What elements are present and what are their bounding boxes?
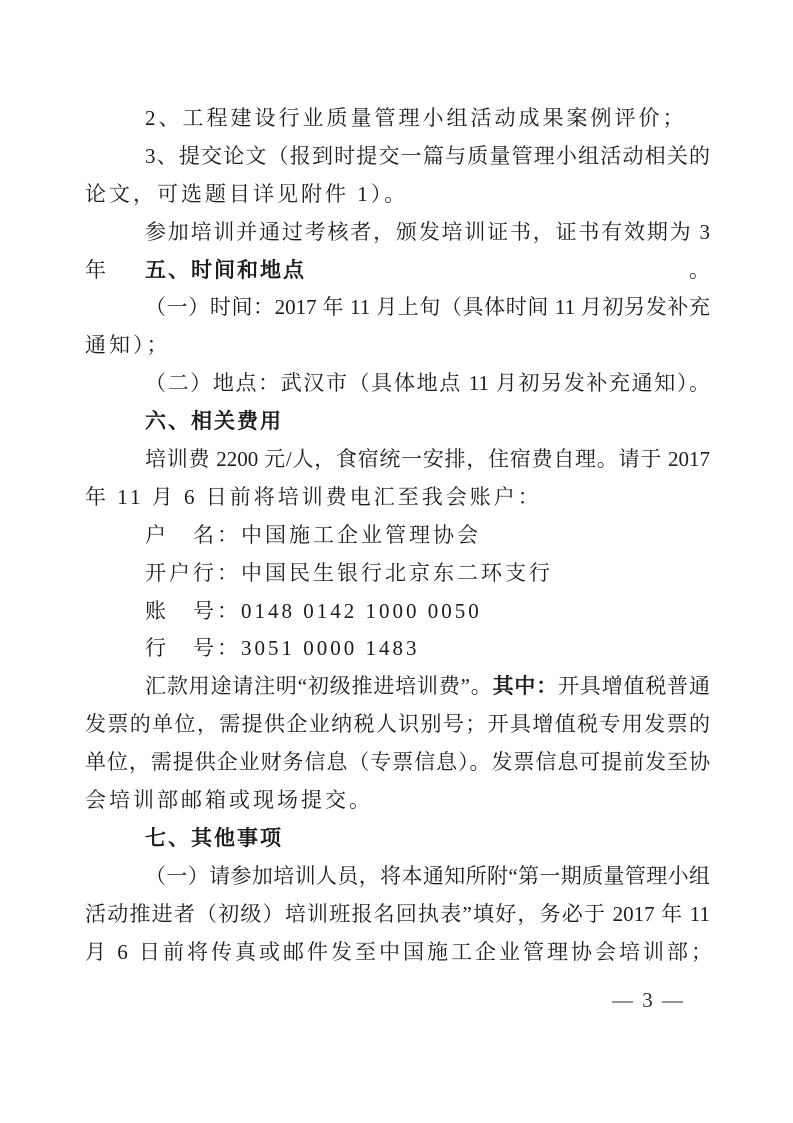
para-time-line2: 通知）； xyxy=(85,327,710,365)
para-remittance-line1: 汇款用途请注明“初级推进培训费”。其中：开具增值税普通 xyxy=(85,668,710,706)
para-remittance-line3: 单位，需提供企业财务信息（专票信息）。发票信息可提前发至协 xyxy=(85,744,710,782)
bank-account-name-line: 户 名：中国施工企业管理协会 xyxy=(85,517,710,555)
heading-fees: 六、相关费用 xyxy=(85,403,710,441)
para-registration-line2: 活动推进者（初级）培训班报名回执表”填好，务必于 2017 年 11 xyxy=(85,896,710,934)
para-case-evaluation: 2、工程建设行业质量管理小组活动成果案例评价； xyxy=(85,100,710,138)
para-registration-line1: （一）请参加培训人员，将本通知所附“第一期质量管理小组 xyxy=(85,858,710,896)
page-number: — 3 — xyxy=(612,988,685,1012)
remittance-text-normal-1: 汇款用途请注明“初级推进培训费”。 xyxy=(145,674,493,698)
para-fee-line1: 培训费 2200 元/人，食宿统一安排，住宿费自理。请于 2017 xyxy=(85,441,710,479)
para-registration-line3: 月 6 日前将传真或邮件发至中国施工企业管理协会培训部； xyxy=(85,934,710,972)
para-fee-line2: 年 11 月 6 日前将培训费电汇至我会账户： xyxy=(85,479,710,517)
para-time-line1: （一）时间：2017 年 11 月上旬（具体时间 11 月初另发补充 xyxy=(85,289,710,327)
bank-account-number-line: 账 号：0148 0142 1000 0050 xyxy=(85,593,710,631)
document-body: 2、工程建设行业质量管理小组活动成果案例评价； 3、提交论文（报到时提交一篇与质… xyxy=(85,100,710,971)
document-page: 2、工程建设行业质量管理小组活动成果案例评价； 3、提交论文（报到时提交一篇与质… xyxy=(0,0,793,1123)
bank-routing-number-line: 行 号：3051 0000 1483 xyxy=(85,630,710,668)
remittance-text-bold: 其中： xyxy=(493,675,558,698)
para-place: （二）地点：武汉市（具体地点 11 月初另发补充通知）。 xyxy=(85,365,710,403)
para-remittance-line2: 发票的单位，需提供企业纳税人识别号；开具增值税专用发票的 xyxy=(85,706,710,744)
para-certificate: 参加培训并通过考核者，颁发培训证书，证书有效期为 3 年。 xyxy=(85,214,710,252)
para-paper-submission-line1: 3、提交论文（报到时提交一篇与质量管理小组活动相关的 xyxy=(85,138,710,176)
heading-other-matters: 七、其他事项 xyxy=(85,820,710,858)
bank-branch-line: 开户行：中国民生银行北京东二环支行 xyxy=(85,555,710,593)
remittance-text-normal-2: 开具增值税普通 xyxy=(558,674,710,698)
para-paper-submission-line2: 论文，可选题目详见附件 1）。 xyxy=(85,176,710,214)
para-remittance-line4: 会培训部邮箱或现场提交。 xyxy=(85,782,710,820)
